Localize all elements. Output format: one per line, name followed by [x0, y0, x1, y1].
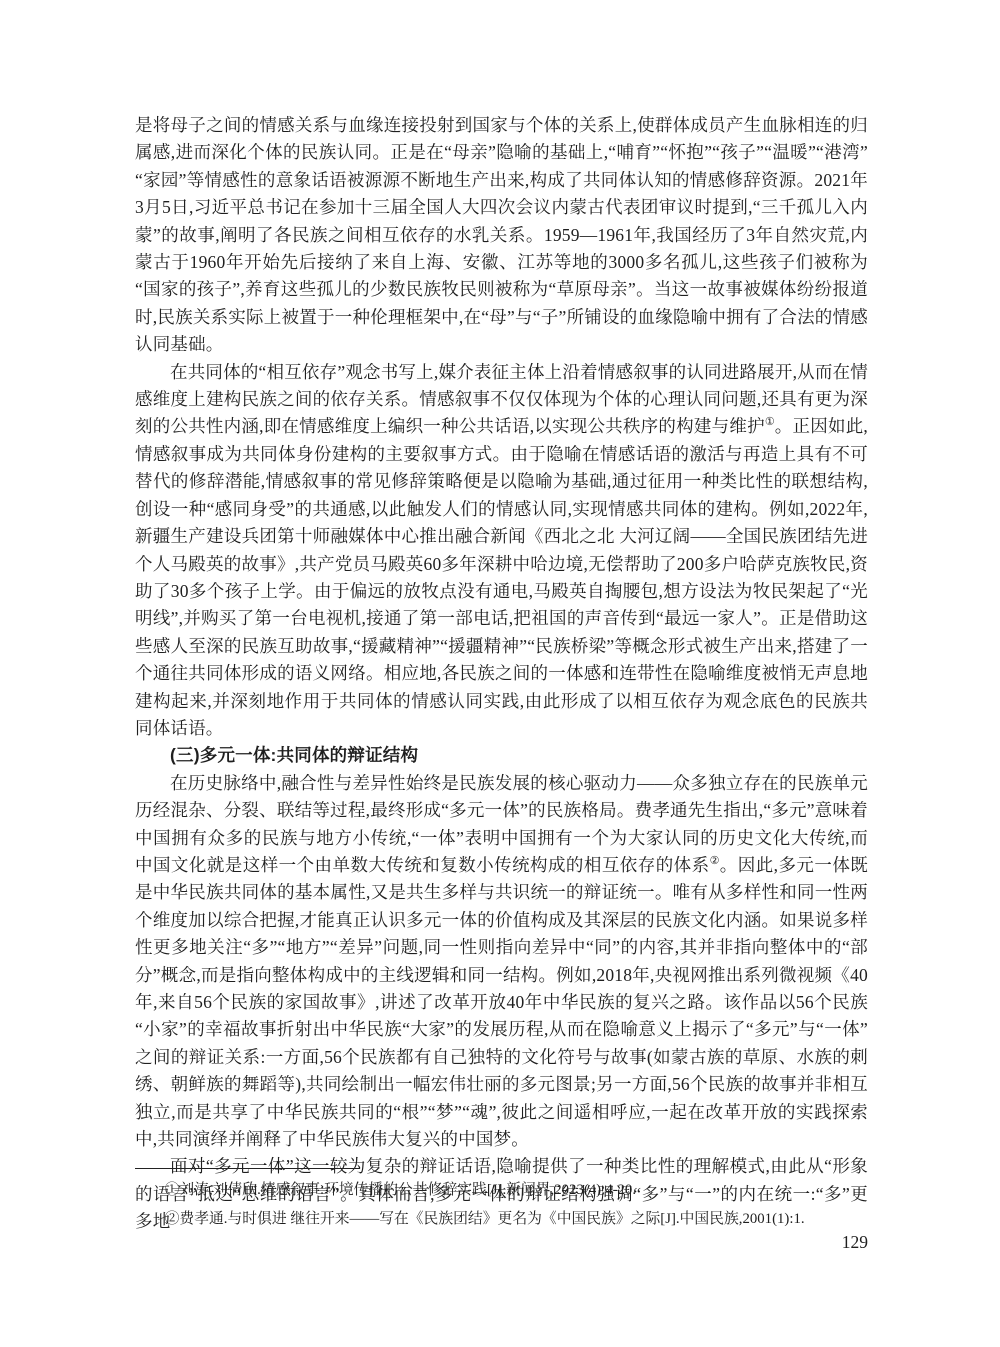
- footnote-separator-rule: [135, 1168, 360, 1169]
- paragraph-historical-context: 在历史脉络中,融合性与差异性始终是民族发展的核心驱动力——众多独立存在的民族单元…: [135, 770, 868, 1154]
- footnote-2: ②费孝通.与时俱进 继往开来——写在《民族团结》更名为《中国民族》之际[J].中…: [135, 1205, 868, 1234]
- paragraph-continuation: 是将母子之间的情感关系与血缘连接投射到国家与个体的关系上,使群体成员产生血脉相连…: [135, 112, 868, 359]
- paragraph-emotional-narrative: 在共同体的“相互依存”观念书写上,媒介表征主体上沿着情感叙事的认同进路展开,从而…: [135, 359, 868, 743]
- footnote-section: ①刘涛,刘倩欣.情感叙事:环境传播的公共修辞实践[J].新闻界,2023(4):…: [135, 1168, 868, 1233]
- article-body: 是将母子之间的情感关系与血缘连接投射到国家与个体的关系上,使群体成员产生血脉相连…: [135, 112, 868, 1236]
- footnote-1: ①刘涛,刘倩欣.情感叙事:环境传播的公共修辞实践[J].新闻界,2023(4):…: [135, 1176, 868, 1205]
- page-number: 129: [842, 1231, 868, 1253]
- section-heading-duoyuan-yiti: (三)多元一体:共同体的辩证结构: [135, 742, 868, 769]
- journal-page: 是将母子之间的情感关系与血缘连接投射到国家与个体的关系上,使群体成员产生血脉相连…: [0, 0, 1000, 1347]
